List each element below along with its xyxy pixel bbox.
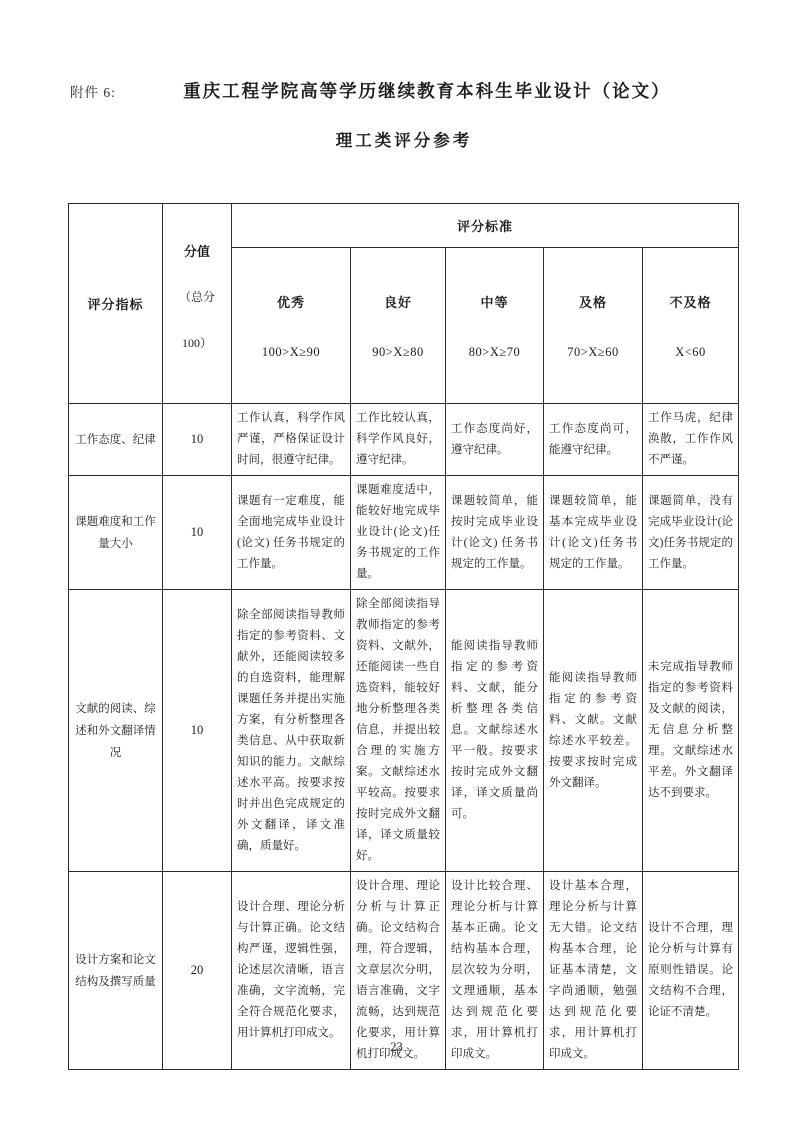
grade-label: 不及格 bbox=[644, 292, 737, 311]
grade-label: 良好 bbox=[352, 292, 444, 311]
grade-header-fail: 不及格 X<60 bbox=[643, 248, 739, 404]
score-header-label: 分值 bbox=[165, 241, 229, 260]
document-subtitle: 理工类评分参考 bbox=[70, 127, 738, 151]
grade-header-medium: 中等 80>X≥70 bbox=[446, 248, 544, 404]
table-row-topic-difficulty: 课题难度和工作量大小 10 课题有一定难度，能全面地完成毕业设计(论文) 任务书… bbox=[69, 476, 739, 590]
grade-label: 优秀 bbox=[233, 292, 349, 311]
header-row-standard: 评分指标 分值 （总分 100） 评分标准 bbox=[69, 204, 739, 248]
criteria-cell-pass: 课题较简单，能基本完成毕业设计(论文)任务书规定的工作量。 bbox=[544, 476, 643, 590]
col-header-standard: 评分标准 bbox=[232, 204, 739, 248]
criteria-cell-good: 课题难度适中，能较好地完成毕业设计(论文)任务书规定的工作量。 bbox=[351, 476, 446, 590]
document-header: 附件 6: 重庆工程学院高等学历继续教育本科生毕业设计（论文） 理工类评分参考 bbox=[0, 0, 793, 151]
attachment-label: 附件 6: bbox=[70, 81, 116, 101]
grade-range: 80>X≥70 bbox=[447, 345, 542, 360]
grade-range: 70>X≥60 bbox=[545, 345, 641, 360]
row-score: 10 bbox=[163, 590, 232, 872]
criteria-cell-excellent: 工作认真，科学作风严谨，严格保证设计时间，很遵守纪律。 bbox=[232, 404, 351, 476]
row-indicator: 工作态度、纪律 bbox=[69, 404, 163, 476]
criteria-cell-fail: 工作马虎，纪律涣散，工作作风不严谨。 bbox=[643, 404, 739, 476]
grading-rubric-table: 评分指标 分值 （总分 100） 评分标准 优秀 100>X≥90 良好 90>… bbox=[68, 203, 739, 1070]
grade-header-excellent: 优秀 100>X≥90 bbox=[232, 248, 351, 404]
document-page: 附件 6: 重庆工程学院高等学历继续教育本科生毕业设计（论文） 理工类评分参考 … bbox=[0, 0, 793, 1122]
criteria-cell-pass: 工作态度尚可，能遵守纪律。 bbox=[544, 404, 643, 476]
grade-header-pass: 及格 70>X≥60 bbox=[544, 248, 643, 404]
document-title: 重庆工程学院高等学历继续教育本科生毕业设计（论文） bbox=[116, 78, 738, 103]
col-header-score: 分值 （总分 100） bbox=[163, 204, 232, 404]
row-score: 10 bbox=[163, 404, 232, 476]
col-header-indicator: 评分指标 bbox=[69, 204, 163, 404]
criteria-cell-fail: 课题简单，没有完成毕业设计(论文)任务书规定的工作量。 bbox=[643, 476, 739, 590]
criteria-cell-excellent: 课题有一定难度，能全面地完成毕业设计(论文) 任务书规定的工作量。 bbox=[232, 476, 351, 590]
criteria-cell-pass: 能阅读指导教师指定的参考资料、文献。文献综述水平较差。按要求按时完成外文翻译。 bbox=[544, 590, 643, 872]
criteria-cell-excellent: 除全部阅读指导教师指定的参考资料、文献外，还能阅读较多的自选资料，能理解课题任务… bbox=[232, 590, 351, 872]
criteria-cell-fail: 未完成指导教师指定的参考资料及文献的阅读，无信息分析整理。文献综述水平差。外文翻… bbox=[643, 590, 739, 872]
score-header-note: （总分 100） bbox=[165, 274, 229, 366]
page-number: 23 bbox=[0, 1040, 793, 1055]
grade-header-good: 良好 90>X≥80 bbox=[351, 248, 446, 404]
grade-range: 90>X≥80 bbox=[352, 345, 444, 360]
row-indicator: 文献的阅读、综述和外文翻译情况 bbox=[69, 590, 163, 872]
criteria-cell-medium: 工作态度尚好，遵守纪律。 bbox=[446, 404, 544, 476]
table-row-work-attitude: 工作态度、纪律 10 工作认真，科学作风严谨，严格保证设计时间，很遵守纪律。 工… bbox=[69, 404, 739, 476]
criteria-cell-good: 工作比较认真，科学作风良好，遵守纪律。 bbox=[351, 404, 446, 476]
grade-label: 及格 bbox=[545, 292, 641, 311]
row-indicator: 课题难度和工作量大小 bbox=[69, 476, 163, 590]
criteria-cell-medium: 课题较简单，能按时完成毕业设计(论文) 任务书规定的工作量。 bbox=[446, 476, 544, 590]
criteria-cell-medium: 能阅读指导教师指定的参考资料、文献，能分析整理各类信息。文献综述水平一般。按要求… bbox=[446, 590, 544, 872]
grade-label: 中等 bbox=[447, 292, 542, 311]
table-row-literature-review: 文献的阅读、综述和外文翻译情况 10 除全部阅读指导教师指定的参考资料、文献外，… bbox=[69, 590, 739, 872]
grade-range: 100>X≥90 bbox=[233, 345, 349, 360]
grade-range: X<60 bbox=[644, 345, 737, 360]
criteria-cell-good: 除全部阅读指导教师指定的参考资料、文献外，还能阅读一些自选资料，能较好地分析整理… bbox=[351, 590, 446, 872]
title-row: 附件 6: 重庆工程学院高等学历继续教育本科生毕业设计（论文） bbox=[70, 78, 738, 103]
row-score: 10 bbox=[163, 476, 232, 590]
